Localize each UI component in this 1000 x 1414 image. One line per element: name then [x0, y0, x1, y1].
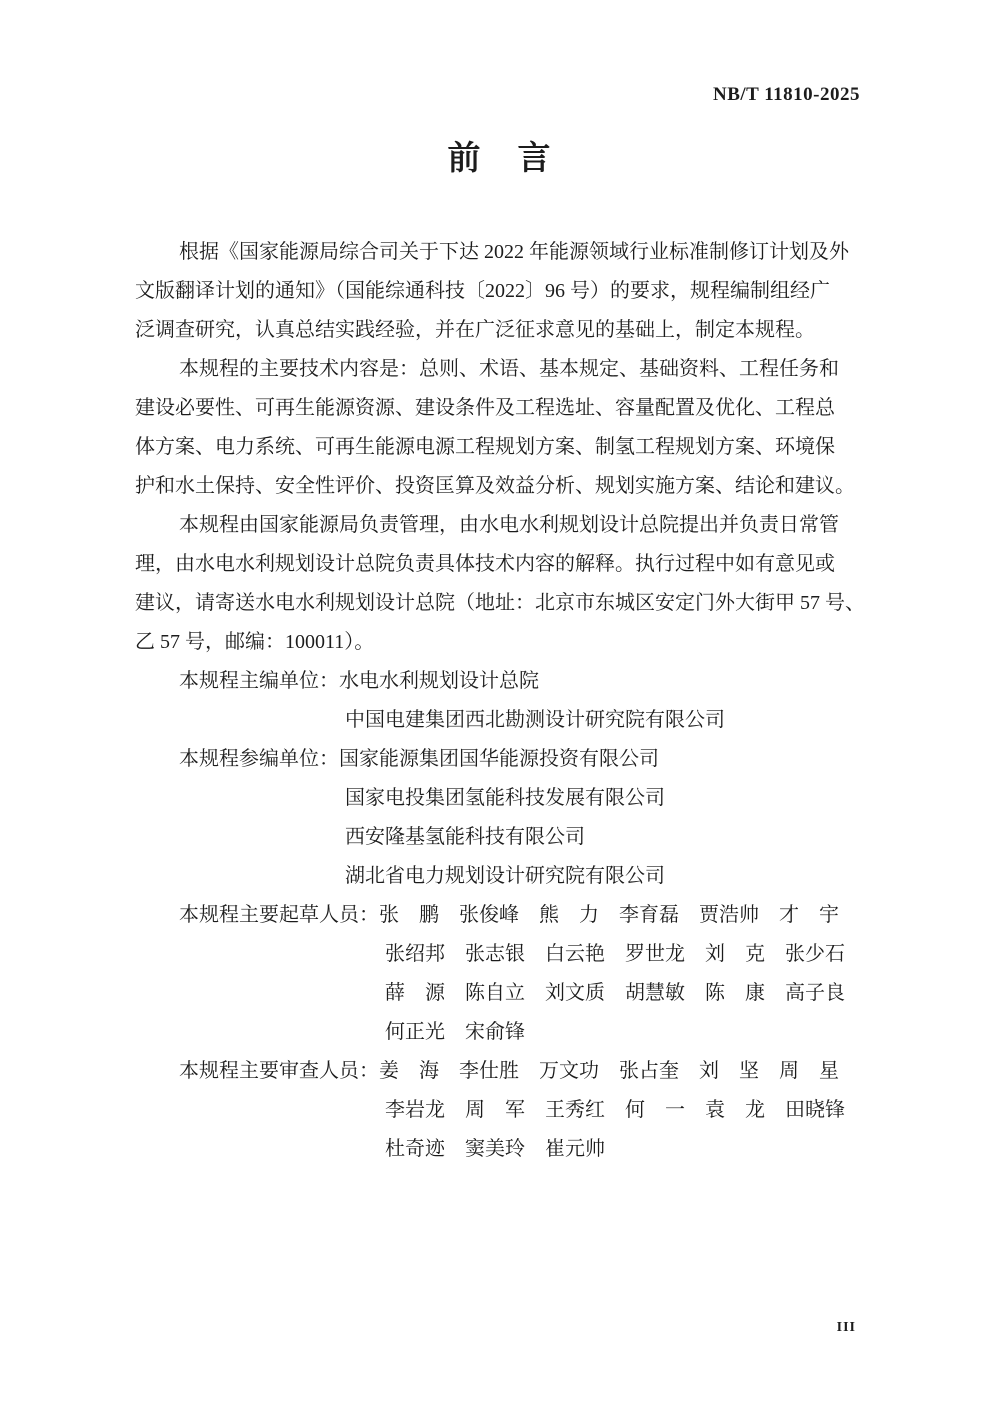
unit-name: 国家电投集团氢能科技发展有限公司	[135, 779, 875, 818]
reviewers-line: 本规程主要审查人员：姜 海 李仕胜 万文功 张占奎 刘 坚 周 星	[135, 1052, 875, 1091]
section-label: 本规程主要起草人员：	[179, 904, 379, 926]
paragraph-line: 建议，请寄送水电水利规划设计总院（地址：北京市东城区安定门外大街甲 57 号、	[135, 584, 875, 623]
chief-editor-line: 本规程主编单位：水电水利规划设计总院	[135, 662, 875, 701]
unit-name: 湖北省电力规划设计研究院有限公司	[135, 857, 875, 896]
document-page: NB/T 11810-2025 前 言 根据《国家能源局综合司关于下达 2022…	[0, 0, 1000, 1414]
participants-line: 本规程参编单位：国家能源集团国华能源投资有限公司	[135, 740, 875, 779]
paragraph-line: 文版翻译计划的通知》（国能综通科技〔2022〕96 号）的要求，规程编制组经广	[135, 272, 875, 311]
section-label: 本规程参编单位：	[179, 748, 339, 770]
unit-name: 国家能源集团国华能源投资有限公司	[339, 748, 659, 770]
page-title: 前 言	[0, 132, 1000, 179]
section-label: 本规程主要审查人员：	[179, 1060, 379, 1082]
page-number: III	[837, 1320, 856, 1336]
unit-name: 中国电建集团西北勘测设计研究院有限公司	[135, 701, 875, 740]
doc-number: NB/T 11810-2025	[713, 84, 860, 106]
unit-name: 西安隆基氢能科技有限公司	[135, 818, 875, 857]
names-row: 张 鹏 张俊峰 熊 力 李育磊 贾浩帅 才 宇	[379, 904, 839, 926]
paragraph-line: 体方案、电力系统、可再生能源电源工程规划方案、制氢工程规划方案、环境保	[135, 428, 875, 467]
names-row: 杜奇迹 窦美玲 崔元帅	[135, 1130, 875, 1169]
drafters-line: 本规程主要起草人员：张 鹏 张俊峰 熊 力 李育磊 贾浩帅 才 宇	[135, 896, 875, 935]
paragraph-line: 建设必要性、可再生能源资源、建设条件及工程选址、容量配置及优化、工程总	[135, 389, 875, 428]
paragraph-line: 本规程由国家能源局负责管理，由水电水利规划设计总院提出并负责日常管	[135, 506, 875, 545]
paragraph-line: 乙 57 号，邮编：100011）。	[135, 623, 875, 662]
unit-name: 水电水利规划设计总院	[339, 670, 539, 692]
names-row: 薛 源 陈自立 刘文质 胡慧敏 陈 康 高子良	[135, 974, 875, 1013]
names-row: 何正光 宋俞锋	[135, 1013, 875, 1052]
paragraph-line: 理，由水电水利规划设计总院负责具体技术内容的解释。执行过程中如有意见或	[135, 545, 875, 584]
section-label: 本规程主编单位：	[179, 670, 339, 692]
names-row: 姜 海 李仕胜 万文功 张占奎 刘 坚 周 星	[379, 1060, 839, 1082]
paragraph-line: 本规程的主要技术内容是：总则、术语、基本规定、基础资料、工程任务和	[135, 350, 875, 389]
paragraph-line: 护和水土保持、安全性评价、投资匡算及效益分析、规划实施方案、结论和建议。	[135, 467, 875, 506]
names-row: 张绍邦 张志银 白云艳 罗世龙 刘 克 张少石	[135, 935, 875, 974]
foreword-body: 根据《国家能源局综合司关于下达 2022 年能源领域行业标准制修订计划及外 文版…	[135, 233, 875, 1169]
paragraph-line: 根据《国家能源局综合司关于下达 2022 年能源领域行业标准制修订计划及外	[135, 233, 875, 272]
names-row: 李岩龙 周 军 王秀红 何 一 袁 龙 田晓锋	[135, 1091, 875, 1130]
paragraph-line: 泛调查研究，认真总结实践经验，并在广泛征求意见的基础上，制定本规程。	[135, 311, 875, 350]
